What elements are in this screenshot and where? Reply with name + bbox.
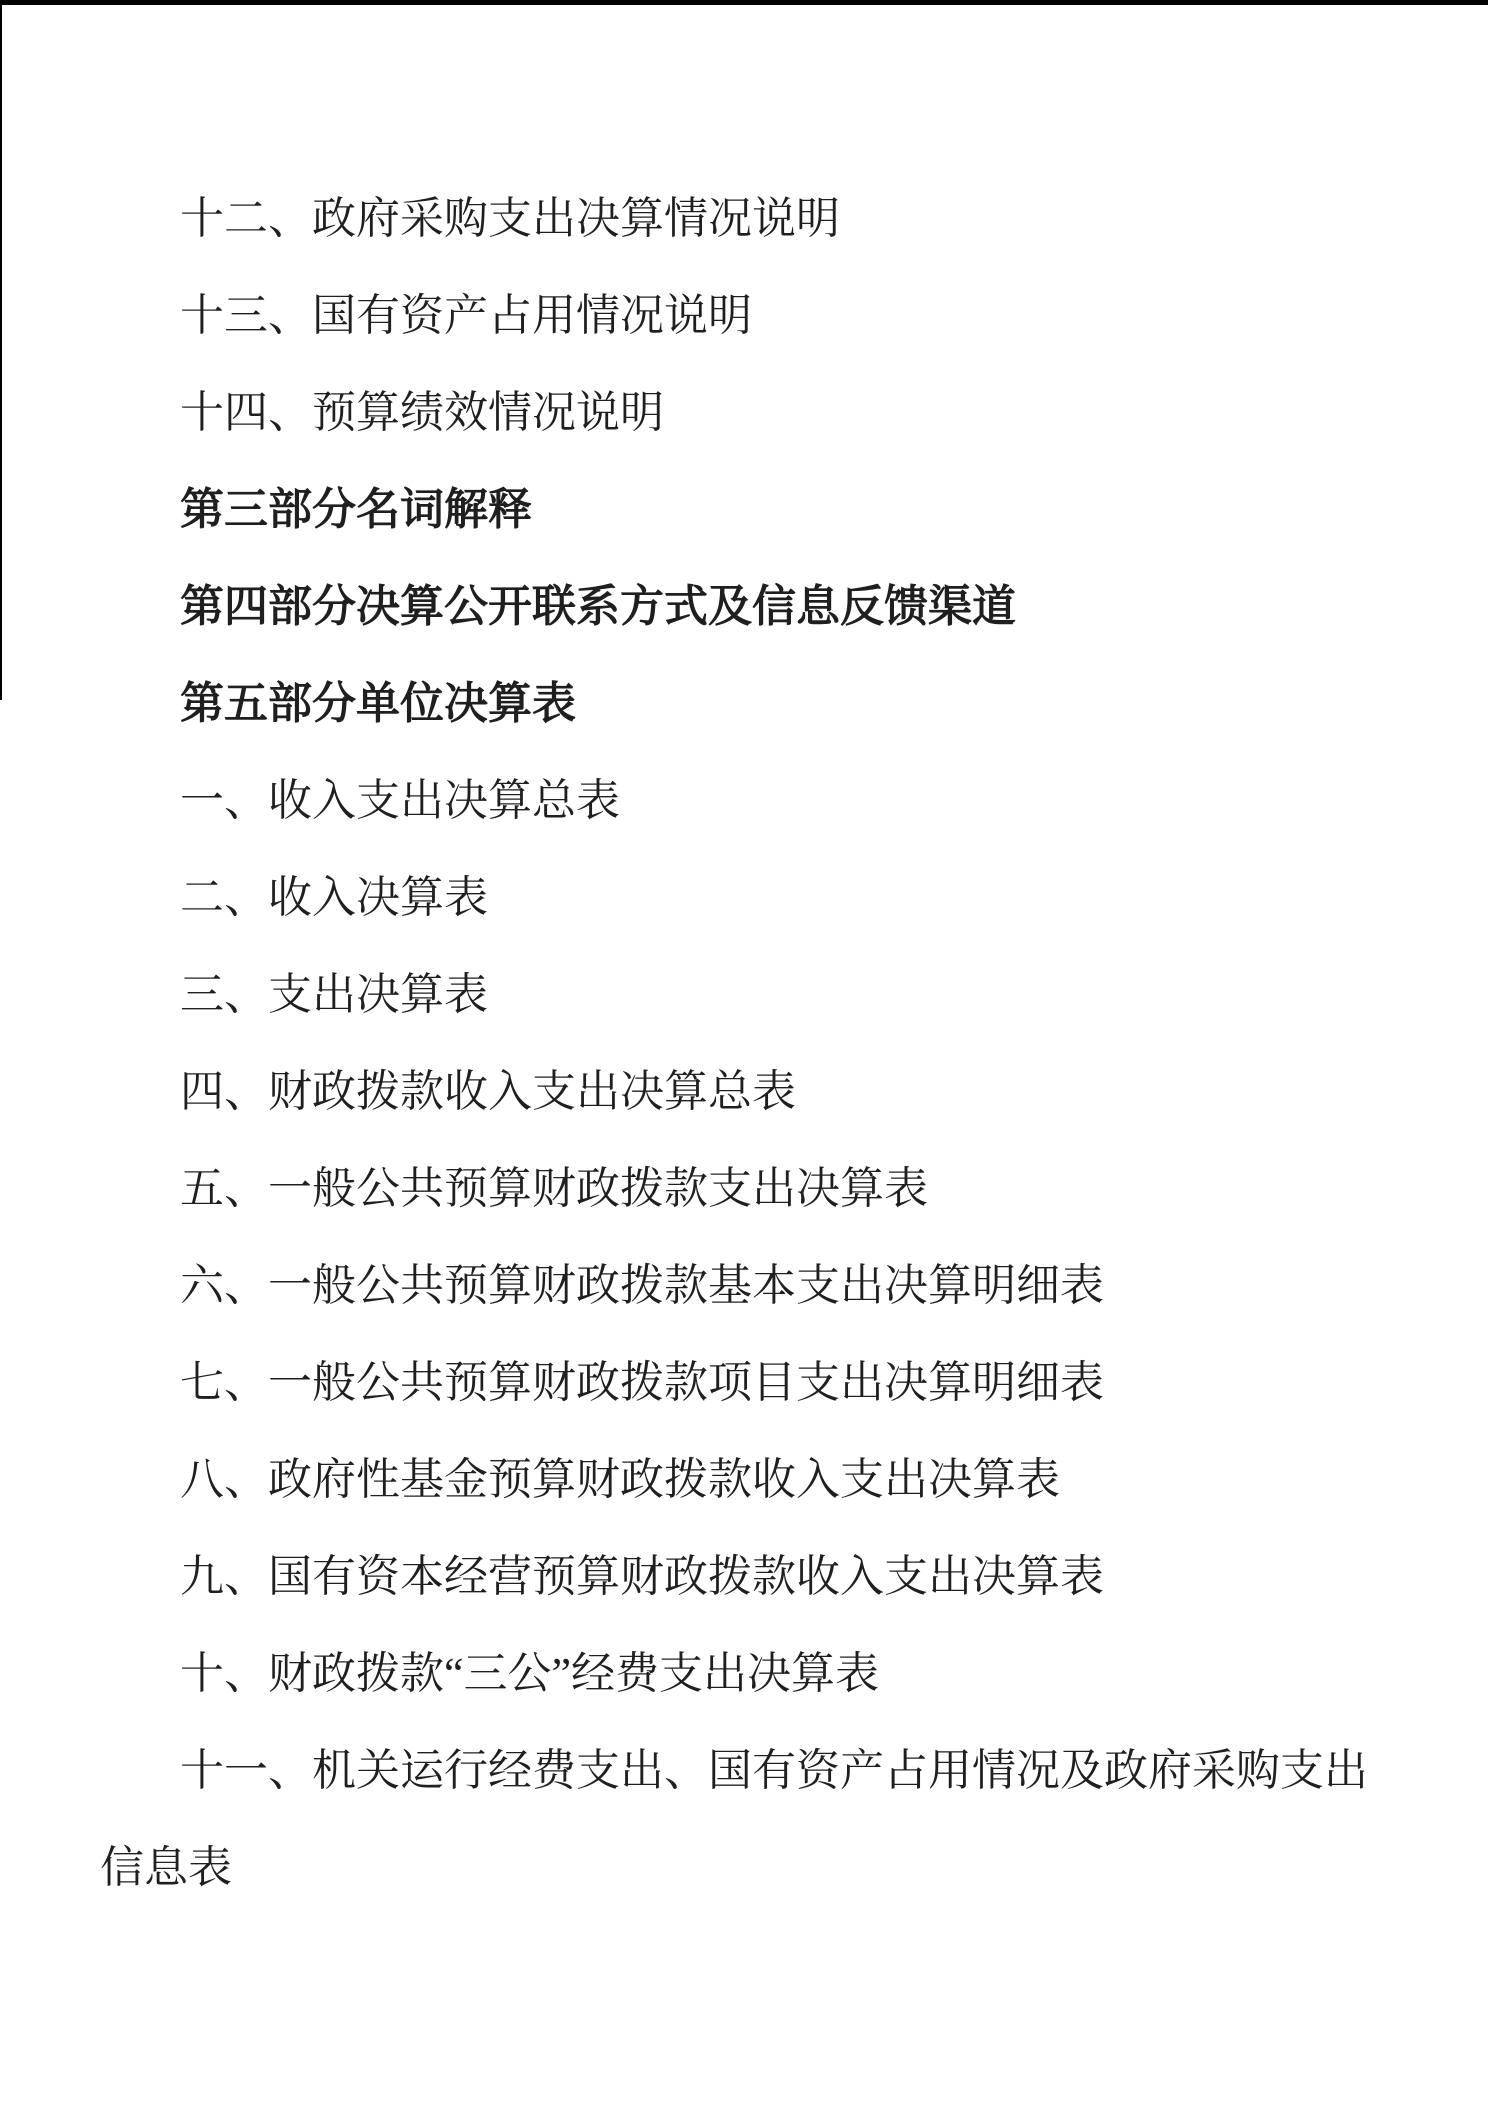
toc-item: 第四部分决算公开联系方式及信息反馈渠道: [100, 558, 1392, 655]
toc-item: 一、收入支出决算总表: [100, 752, 1392, 849]
toc-item: 十、财政拨款“三公”经费支出决算表: [100, 1625, 1392, 1722]
toc-item: 九、国有资本经营预算财政拨款收入支出决算表: [100, 1528, 1392, 1625]
toc-item: 三、支出决算表: [100, 946, 1392, 1043]
document-page: { "page": { "background": "#ffffff", "te…: [0, 0, 1488, 2104]
toc-item: 十一、机关运行经费支出、国有资产占用情况及政府采购支出信息表: [100, 1722, 1392, 1916]
toc-list: 十二、政府采购支出决算情况说明十三、国有资产占用情况说明十四、预算绩效情况说明第…: [100, 0, 1392, 1916]
toc-item: 十三、国有资产占用情况说明: [100, 267, 1392, 364]
toc-item: 第三部分名词解释: [100, 461, 1392, 558]
toc-item: 七、一般公共预算财政拨款项目支出决算明细表: [100, 1334, 1392, 1431]
toc-item: 二、收入决算表: [100, 849, 1392, 946]
toc-item: 八、政府性基金预算财政拨款收入支出决算表: [100, 1431, 1392, 1528]
toc-item: 五、一般公共预算财政拨款支出决算表: [100, 1140, 1392, 1237]
toc-item: 十二、政府采购支出决算情况说明: [100, 170, 1392, 267]
toc-item: 十四、预算绩效情况说明: [100, 364, 1392, 461]
toc-item: 六、一般公共预算财政拨款基本支出决算明细表: [100, 1237, 1392, 1334]
toc-item: 四、财政拨款收入支出决算总表: [100, 1043, 1392, 1140]
toc-item: 第五部分单位决算表: [100, 655, 1392, 752]
scan-artifact-left-line: [0, 0, 2, 700]
